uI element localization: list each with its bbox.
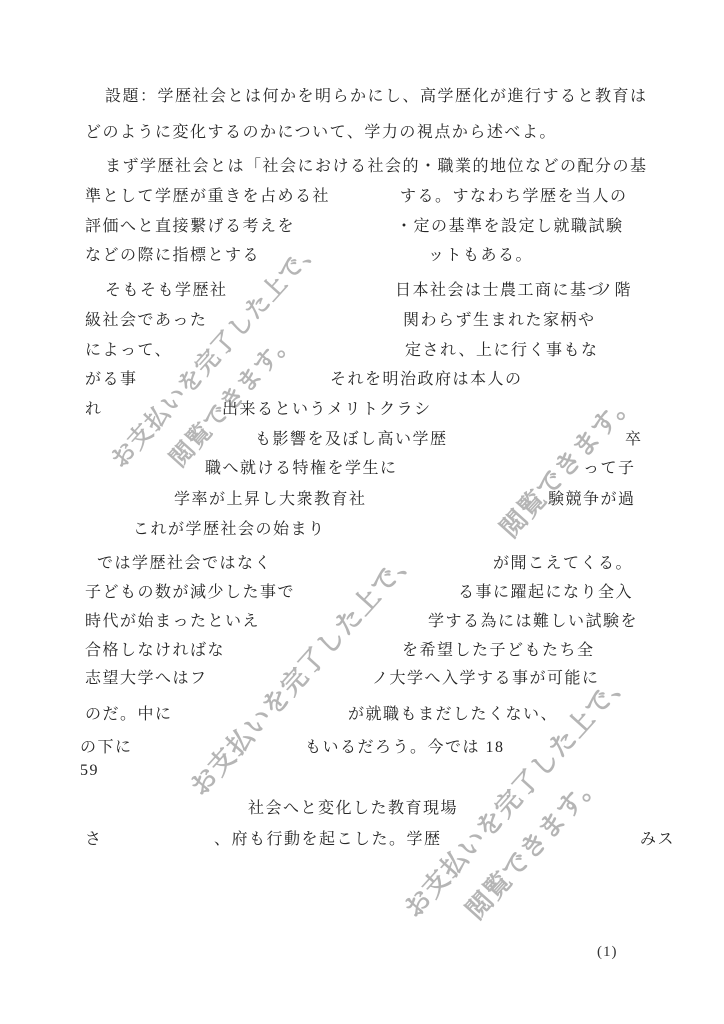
text-line-21-seg-2: が就職もまだしたくない、 bbox=[348, 701, 558, 724]
page-number: (1) bbox=[597, 944, 618, 961]
text-line-6-seg-1: などの際に指標とする bbox=[85, 242, 260, 265]
text-line-6-seg-2: ットもある。 bbox=[428, 242, 533, 265]
text-line-20-seg-1: 志望大学へはフ bbox=[85, 665, 208, 688]
text-line-7-seg-1: そもそも学歴社 bbox=[105, 277, 228, 300]
text-line-14-seg-2: 験競争が過 bbox=[548, 486, 636, 509]
document-page: お支払いを完了した上で、閲覧できます。お支払いを完了した上で、閲覧できます。お支… bbox=[0, 0, 724, 1024]
text-line-16-seg-1: では学歴社会ではなく bbox=[97, 550, 272, 573]
text-line-7-seg-3: ノ階 bbox=[597, 277, 632, 300]
text-line-8-seg-2: 関わらず生まれた家柄や bbox=[403, 307, 596, 330]
text-line-17-seg-1: 子どもの数が減少した事で bbox=[85, 579, 295, 602]
text-line-3-seg-1: まず学歴社会とは「社会における社会的・職業的地位などの配分の基 bbox=[105, 153, 648, 176]
text-line-18-seg-1: 時代が始まったといえ bbox=[85, 608, 260, 631]
text-line-21-seg-1: のだ。中に bbox=[85, 701, 173, 724]
text-line-16-seg-2: が聞こえてくる。 bbox=[493, 550, 633, 573]
text-line-12-seg-1: も影響を及ぼし高い学歴 bbox=[255, 426, 448, 449]
text-line-5-seg-1: 評価へと直接繋げる考えを bbox=[85, 213, 295, 236]
text-line-13-seg-1: 職へ就ける特権を学生に bbox=[205, 455, 398, 478]
text-line-1-seg-1: 設題：学歴社会とは何かを明らかにし、高学歴化が進行すると教育は bbox=[105, 83, 648, 106]
text-line-4-seg-1: 準として学歴が重きを占める社 bbox=[85, 183, 330, 206]
text-line-5-seg-2: ・定の基準を設定し就職試験 bbox=[396, 213, 624, 236]
text-line-25-seg-1: さ bbox=[85, 826, 103, 849]
text-line-24-seg-1: 社会へと変化した教育現場 bbox=[248, 795, 458, 818]
text-line-22-seg-1: の下に bbox=[80, 734, 133, 757]
text-line-9-seg-1: によって、 bbox=[85, 337, 172, 360]
text-line-25-seg-2: 、府も行動を起こした。学歴 bbox=[214, 826, 442, 849]
text-line-22-seg-2: もいるだろう。今では 18 bbox=[305, 734, 505, 757]
text-line-15-seg-1: これが学歴社会の始まり bbox=[133, 516, 326, 539]
text-line-17-seg-2: る事に躍起になり全入 bbox=[458, 579, 633, 602]
text-line-10-seg-2: それを明治政府は本人の bbox=[330, 366, 523, 389]
text-line-20-seg-2: ノ大学へ入学する事が可能に bbox=[372, 665, 600, 688]
text-line-14-seg-1: 学率が上昇し大衆教育社 bbox=[174, 486, 367, 509]
text-line-7-seg-2: 日本社会は士農工商に基づ bbox=[395, 277, 605, 300]
text-line-2-seg-1: どのように変化するのかについて、学力の視点から述べよ。 bbox=[85, 119, 557, 142]
text-line-11-seg-2: 出来るというメリトクラシ bbox=[222, 396, 432, 419]
text-line-19-seg-2: を希望した子どもたち全 bbox=[402, 637, 595, 660]
text-line-10-seg-1: がる事 bbox=[85, 366, 138, 389]
text-line-12-seg-2: 卒 bbox=[625, 426, 643, 449]
text-line-18-seg-2: 学する為には難しい試験を bbox=[428, 608, 638, 631]
text-line-25-seg-3: みス bbox=[640, 826, 675, 849]
text-line-19-seg-1: 合格しなければな bbox=[85, 637, 225, 660]
text-line-8-seg-1: 級社会であった bbox=[85, 307, 207, 330]
text-line-9-seg-2: 定され、上に行く事もな bbox=[405, 337, 598, 360]
text-line-13-seg-2: って子 bbox=[583, 455, 636, 478]
text-layer: 設題：学歴社会とは何かを明らかにし、高学歴化が進行すると教育はどのように変化する… bbox=[0, 0, 724, 1024]
text-line-11-seg-1: れ bbox=[85, 396, 103, 419]
text-line-23-seg-1: 59 bbox=[80, 762, 99, 780]
text-line-4-seg-2: する。すなわち学歴を当人の bbox=[400, 183, 628, 206]
